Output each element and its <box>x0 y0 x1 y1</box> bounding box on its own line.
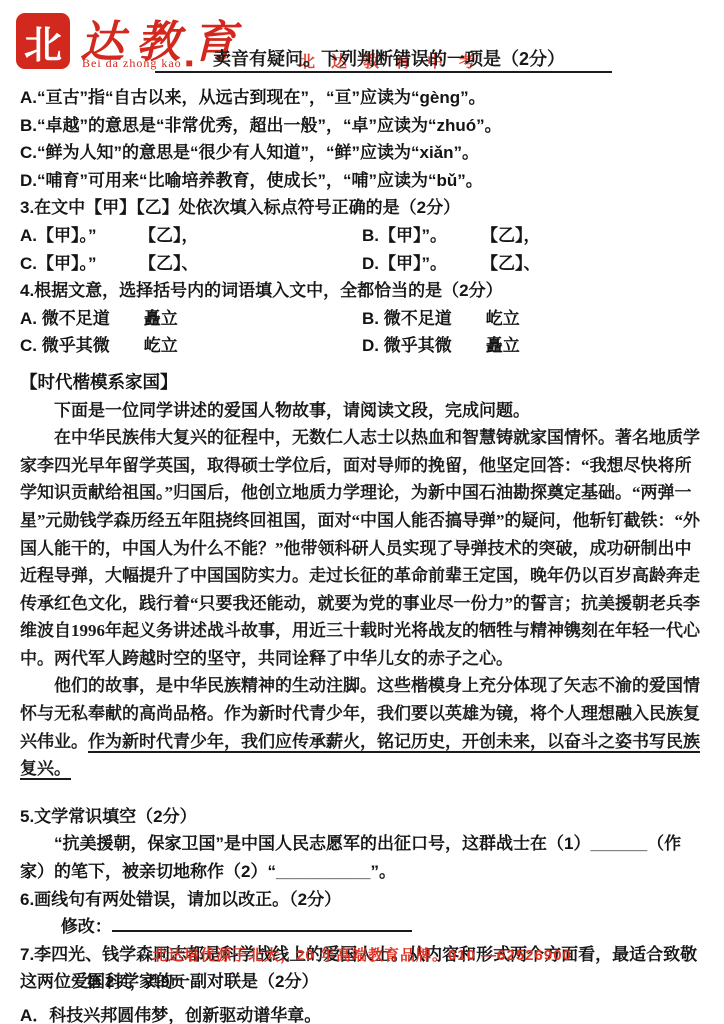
q6-answer-label: 修改： <box>61 917 112 936</box>
page-number: 第 2页，共9页 <box>86 970 185 992</box>
exam-page: 北 达教育 Bei da zhong kao ■ 北达教育中考 卖音有疑问。下列… <box>0 0 724 1024</box>
q3-stem: 3.在文中【甲】【乙】处依次填入标点符号正确的是（2分） <box>20 194 704 222</box>
q5-stem: 5.文学常识填空（2分） <box>20 803 704 831</box>
q3-option-row-1: A.【甲】。” 【乙】， B.【甲】”。 【乙】， <box>20 222 704 250</box>
passage-body: 在中华民族伟大复兴的征程中，无数仁人志士以热血和智慧铸就家国情怀。著名地质学家李… <box>20 424 704 783</box>
q6-stem: 6.画线句有两处错误，请加以改正。（2分） <box>20 886 704 914</box>
q4-option-d: D. 微乎其微 矗立 <box>362 332 704 360</box>
question-fragment-text: 卖音有疑问。下列判断错误的一项是（2分） <box>213 49 565 69</box>
q4-option-b: B. 微不足道 屹立 <box>362 305 704 333</box>
header-question-line: 北达教育中考 卖音有疑问。下列判断错误的一项是（2分） <box>213 45 565 71</box>
q2-option-c: C.“鲜为人知”的意思是“很少有人知道”，“鲜”应读为“xiǎn”。 <box>20 139 704 167</box>
q2-option-b: B.“卓越”的意思是“非常优秀，超出一般”，“卓”应读为“zhuó”。 <box>20 112 704 140</box>
passage-section-title: 【时代楷模系家国】 <box>20 369 704 397</box>
brand-subtitle: Bei da zhong kao ■ <box>82 56 194 71</box>
q3-option-b: B.【甲】”。 【乙】， <box>362 222 704 250</box>
q3-option-d: D.【甲】”。 【乙】、 <box>362 250 704 278</box>
q4-option-c: C. 微乎其微 屹立 <box>20 332 362 360</box>
brand-seal-logo: 北 <box>18 15 68 67</box>
q4-option-row-1: A. 微不足道 矗立 B. 微不足道 屹立 <box>20 305 704 333</box>
page-header: 北 达教育 Bei da zhong kao ■ 北达教育中考 卖音有疑问。下列… <box>0 0 724 84</box>
q4-option-row-2: C. 微乎其微 屹立 D. 微乎其微 矗立 <box>20 332 704 360</box>
q6-answer-blank <box>112 913 412 932</box>
q7-option-a: A．科技兴邦圆伟梦，创新驱动谱华章。 <box>20 1002 704 1024</box>
passage-paragraph-2: 他们的故事，是中华民族精神的生动注脚。这些楷模身上充分体现了矢志不渝的爱国情怀与… <box>20 672 704 782</box>
q5-body: “抗美援朝，保家卫国”是中国人民志愿军的出征口号，这群战士在（1）______（… <box>20 830 704 885</box>
q6-answer-line: 修改： <box>61 913 704 941</box>
q3-option-a: A.【甲】。” 【乙】， <box>20 222 362 250</box>
passage-underlined-sentence: 作为新时代青少年，我们应传承薪火，铭记历史，开创未来，以奋斗之姿书写民族复兴。 <box>20 732 700 779</box>
q4-stem: 4.根据文意，选择括号内的词语填入文中，全都恰当的是（2分） <box>20 277 704 305</box>
footer-promo-text: 北达培优源于北大，20 年高端教育品牌。010 —62526900 <box>0 944 724 965</box>
exam-content: A.“亘古”指“自古以来，从远古到现在”，“亘”应读为“gèng”。 B.“卓越… <box>20 84 704 1024</box>
q3-option-row-2: C.【甲】。” 【乙】、 D.【甲】”。 【乙】、 <box>20 250 704 278</box>
q2-option-d: D.“哺育”可用来“比喻培养教育，使成长”，“哺”应读为“bǔ”。 <box>20 167 704 195</box>
q4-option-a: A. 微不足道 矗立 <box>20 305 362 333</box>
passage-intro: 下面是一位同学讲述的爱国人物故事，请阅读文段，完成问题。 <box>20 397 704 425</box>
passage-paragraph-1: 在中华民族伟大复兴的征程中，无数仁人志士以热血和智慧铸就家国情怀。著名地质学家李… <box>20 424 704 672</box>
q3-option-c: C.【甲】。” 【乙】、 <box>20 250 362 278</box>
brand-seal-char: 北 <box>24 14 62 69</box>
q2-option-a: A.“亘古”指“自古以来，从远古到现在”，“亘”应读为“gèng”。 <box>20 84 704 112</box>
